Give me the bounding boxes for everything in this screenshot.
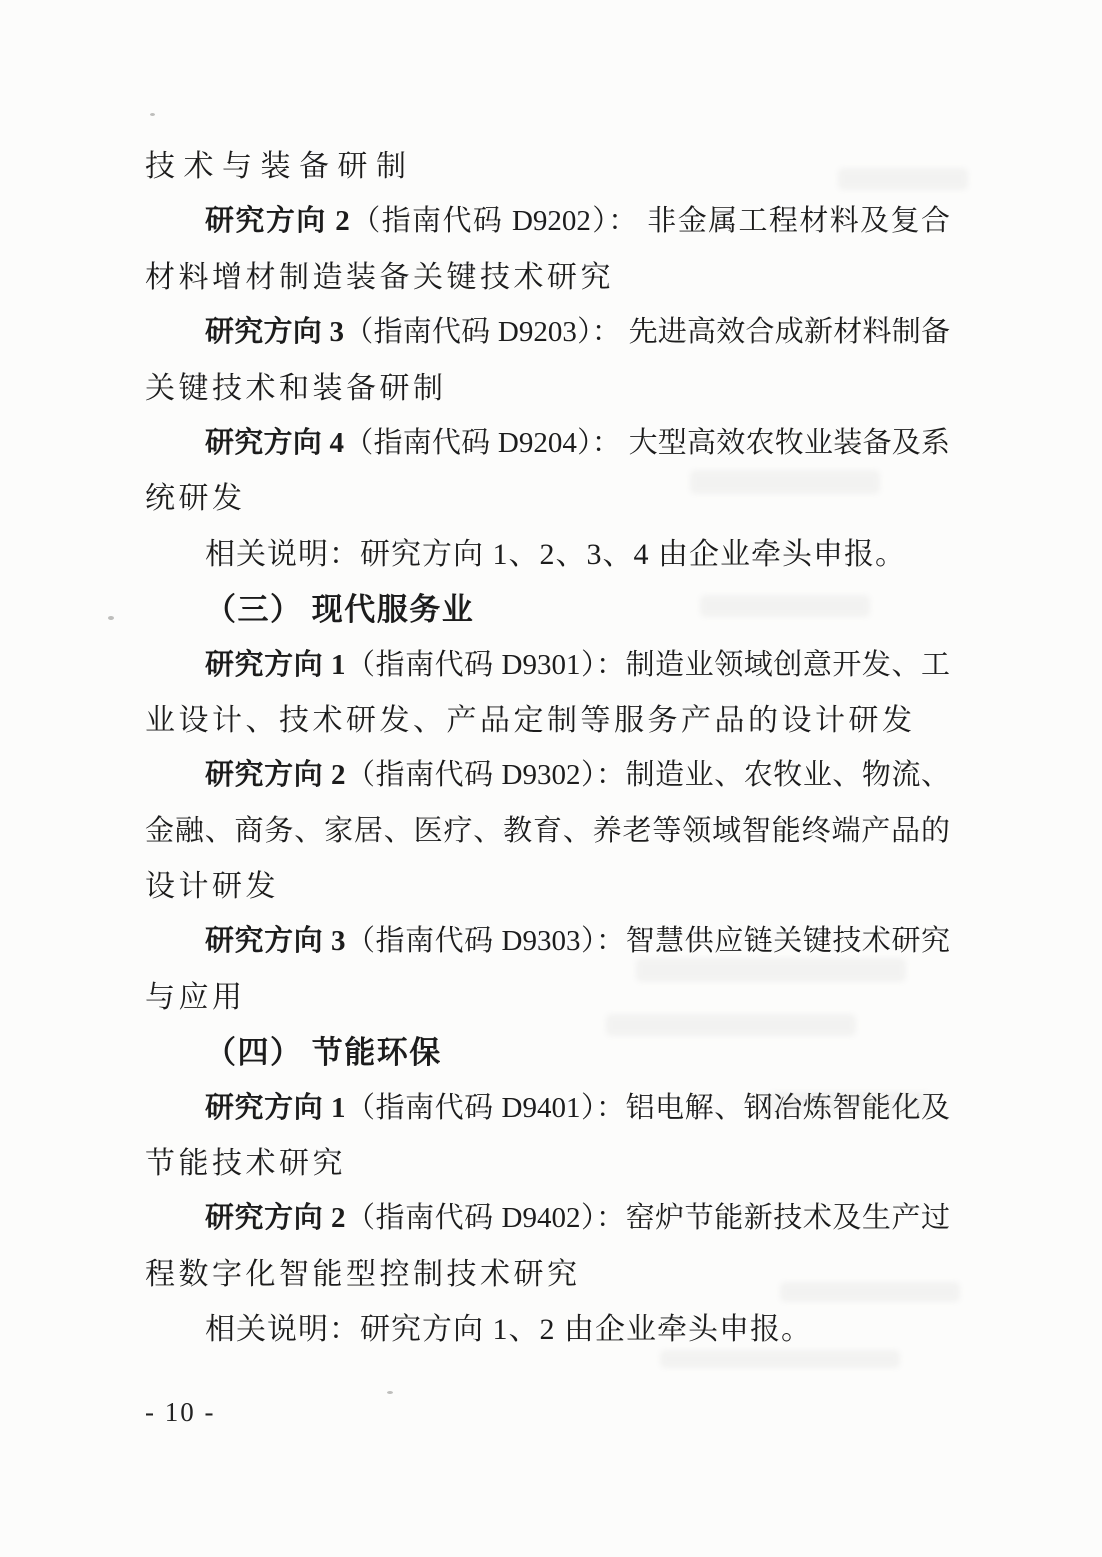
line-text: 金融、商务、家居、医疗、教育、养老等领域智能终端产品的	[145, 815, 950, 847]
text-line: 金融、商务、家居、医疗、教育、养老等领域智能终端产品的	[145, 804, 950, 859]
scan-smudge	[780, 1282, 960, 1302]
text-line: 关键技术和装备研制	[145, 361, 950, 416]
scan-smudge	[690, 470, 880, 494]
scan-speck	[150, 113, 155, 116]
text-line: 设计研发	[145, 859, 950, 914]
line-text: （指南代码 D9204）： 大型高效农牧业装备及系	[344, 427, 950, 459]
research-direction-label: 研究方向 4	[205, 427, 344, 459]
heading-text: （四） 节能环保	[205, 1035, 442, 1070]
text-line: 研究方向 2（指南代码 D9402）：窑炉节能新技术及生产过	[145, 1191, 950, 1246]
line-text: （指南代码 D9402）：窑炉节能新技术及生产过	[345, 1202, 950, 1234]
line-text: 设计研发	[145, 870, 279, 903]
note-line: 相关说明：研究方向 1、2、3、4 由企业牵头申报。	[145, 527, 950, 582]
research-direction-label: 研究方向 1	[205, 1092, 345, 1124]
line-text: （指南代码 D9203）： 先进高效合成新材料制备	[344, 316, 950, 348]
research-direction-label: 研究方向 2	[205, 1202, 345, 1234]
line-text: 相关说明：研究方向 1、2、3、4 由企业牵头申报。	[205, 538, 906, 571]
line-text: 关键技术和装备研制	[145, 372, 447, 405]
scan-smudge	[770, 1092, 930, 1112]
line-text: 与应用	[145, 981, 246, 1014]
text-line: 材料增材制造装备关键技术研究	[145, 250, 950, 305]
line-text: 相关说明：研究方向 1、2 由企业牵头申报。	[205, 1313, 812, 1346]
scan-smudge	[700, 595, 870, 617]
text-line: 研究方向 3（指南代码 D9203）： 先进高效合成新材料制备	[145, 305, 950, 360]
heading-text: （三） 现代服务业	[205, 592, 474, 627]
line-text: 业设计、技术研发、产品定制等服务产品的设计研发	[145, 704, 916, 737]
text-line: 研究方向 2（指南代码 D9302）：制造业、农牧业、物流、	[145, 748, 950, 803]
line-text: 节能技术研究	[145, 1147, 346, 1180]
text-line: 研究方向 4（指南代码 D9204）： 大型高效农牧业装备及系	[145, 416, 950, 471]
document-page: 技术与装备研制 研究方向 2（指南代码 D9202）： 非金属工程材料及复合 材…	[0, 0, 1102, 1557]
line-text: 程数字化智能型控制技术研究	[145, 1258, 581, 1291]
line-text: （指南代码 D9303）：智慧供应链关键技术研究	[345, 925, 950, 957]
research-direction-label: 研究方向 2	[205, 205, 350, 237]
text-line: 技术与装备研制	[145, 139, 950, 194]
scan-speck	[387, 1391, 393, 1394]
page-number: - 10 -	[145, 1392, 215, 1432]
research-direction-label: 研究方向 2	[205, 759, 345, 791]
text-line: 研究方向 1（指南代码 D9301）：制造业领域创意开发、工	[145, 638, 950, 693]
line-text: 技术与装备研制	[145, 150, 415, 183]
scan-speck	[108, 616, 114, 620]
research-direction-label: 研究方向 3	[205, 316, 344, 348]
line-text: （指南代码 D9301）：制造业领域创意开发、工	[345, 649, 950, 681]
scan-smudge	[838, 168, 968, 190]
text-line: 研究方向 2（指南代码 D9202）： 非金属工程材料及复合	[145, 194, 950, 249]
document-body: 技术与装备研制 研究方向 2（指南代码 D9202）： 非金属工程材料及复合 材…	[145, 139, 950, 1358]
text-line: 节能技术研究	[145, 1136, 950, 1191]
line-text: 材料增材制造装备关键技术研究	[145, 261, 614, 294]
scan-smudge	[606, 1014, 856, 1036]
line-text: 统研发	[145, 482, 246, 515]
line-text: （指南代码 D9302）：制造业、农牧业、物流、	[345, 759, 950, 791]
scan-smudge	[660, 1350, 900, 1368]
text-line: 业设计、技术研发、产品定制等服务产品的设计研发	[145, 693, 950, 748]
research-direction-label: 研究方向 3	[205, 925, 345, 957]
research-direction-label: 研究方向 1	[205, 649, 345, 681]
scan-smudge	[636, 958, 906, 982]
line-text: （指南代码 D9202）： 非金属工程材料及复合	[350, 205, 950, 237]
